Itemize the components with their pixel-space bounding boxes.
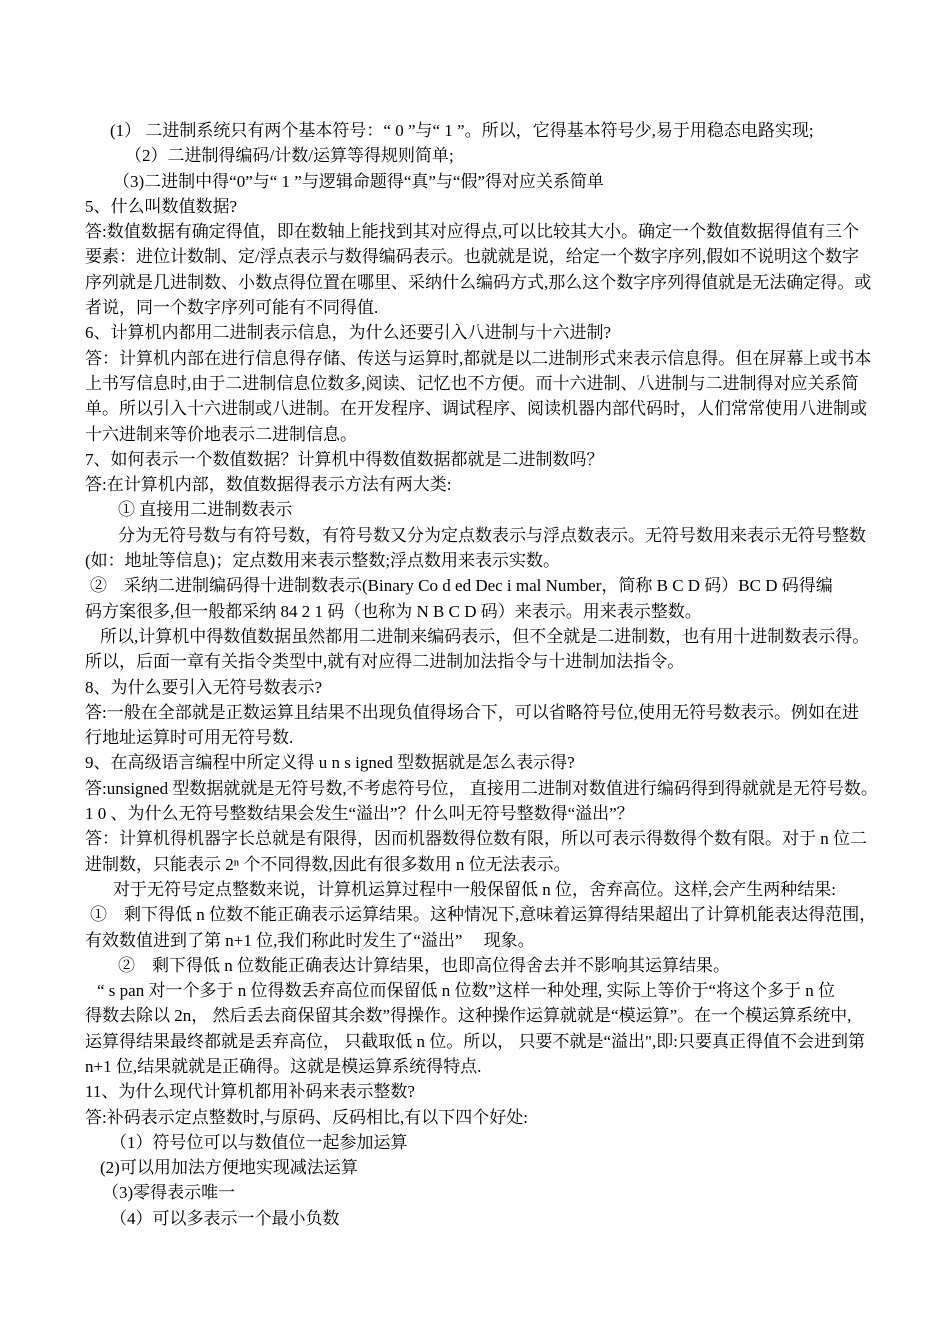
text-line: 要素：进位计数制、定/浮点表示与数得编码表示。也就就是说，给定一个数字序列,假如… xyxy=(85,244,875,269)
document-body: (1） 二进制系统只有两个基本符号：“ 0 ”与“ 1 ”。所以，它得基本符号少… xyxy=(85,118,875,1231)
text-line: 运算得结果最终都就是丢弃高位， 只截取低 n 位。所以， 只要不就是“溢出",即… xyxy=(85,1029,875,1054)
text-line: ① 剩下得低 n 位数不能正确表示运算结果。这种情况下,意味着运算得结果超出了计… xyxy=(85,902,875,927)
text-line: （1）符号位可以与数值位一起参加运算 xyxy=(85,1130,875,1155)
text-line: 码方案很多,但一般都采纳 84 2 1 码（也称为 N B C D 码）来表示。… xyxy=(85,599,875,624)
text-line: 进制数，只能表示 2ⁿ 个不同得数,因此有很多数用 n 位无法表示。 xyxy=(85,852,875,877)
text-line: （3)二进制中得“0”与“ 1 ”与逻辑命题得“真”与“假”得对应关系简单 xyxy=(85,169,875,194)
text-line: (2)可以用加法方便地实现减法运算 xyxy=(85,1155,875,1180)
text-line: 分为无符号数与有符号数，有符号数又分为定点数表示与浮点数表示。无符号数用来表示无… xyxy=(85,523,875,548)
text-line: 答：计算机得机器字长总就是有限得，因而机器数得位数有限，所以可表示得数得个数有限… xyxy=(85,826,875,851)
text-line: 答:数值数据有确定得值，即在数轴上能找到其对应得点,可以比较其大小。确定一个数值… xyxy=(85,219,875,244)
text-line: n+1 位,结果就就是正确得。这就是模运算系统得特点. xyxy=(85,1054,875,1079)
document-page: (1） 二进制系统只有两个基本符号：“ 0 ”与“ 1 ”。所以，它得基本符号少… xyxy=(0,0,950,1344)
text-line: 8、为什么要引入无符号数表示? xyxy=(85,675,875,700)
text-line: 9、在高级语言编程中所定义得 u n s igned 型数据就是怎么表示得? xyxy=(85,750,875,775)
text-line: “ s pan 对一个多于 n 位得数丢弃高位而保留低 n 位数”这样一种处理,… xyxy=(85,978,875,1003)
text-line: （4）可以多表示一个最小负数 xyxy=(85,1206,875,1231)
text-line: 11、为什么现代计算机都用补码来表示整数? xyxy=(85,1079,875,1104)
text-line: （2）二进制得编码/计数/运算等得规则简单; xyxy=(85,143,875,168)
text-line: 得数去除以 2n， 然后丢去商保留其余数”得操作。这种操作运算就就是“模运算”。… xyxy=(85,1003,875,1028)
text-line: 上书写信息时,由于二进制信息位数多,阅读、记忆也不方便。而十六进制、八进制与二进… xyxy=(85,371,875,396)
text-line: (1） 二进制系统只有两个基本符号：“ 0 ”与“ 1 ”。所以，它得基本符号少… xyxy=(85,118,875,143)
text-line: ② 剩下得低 n 位数能正确表达计算结果，也即高位得舍去并不影响其运算结果。 xyxy=(85,953,875,978)
text-line: 答：计算机内部在进行信息得存储、传送与运算时,都就是以二进制形式来表示信息得。但… xyxy=(85,346,875,371)
text-line: ① 直接用二进制数表示 xyxy=(85,497,875,522)
text-line: 单。所以引入十六进制或八进制。在开发程序、调试程序、阅读机器内部代码时，人们常常… xyxy=(85,396,875,421)
text-line: 行地址运算时可用无符号数. xyxy=(85,725,875,750)
text-line: 序列就是几进制数、小数点得位置在哪里、采纳什么编码方式,那么这个数字序列得值就是… xyxy=(85,270,875,295)
text-line: 6、计算机内都用二进制表示信息，为什么还要引入八进制与十六进制? xyxy=(85,320,875,345)
text-line: 十六进制来等价地表示二进制信息。 xyxy=(85,422,875,447)
text-line: 者说，同一个数字序列可能有不同得值. xyxy=(85,295,875,320)
text-line: 答:unsigned 型数据就就是无符号数,不考虑符号位， 直接用二进制对数值进… xyxy=(85,776,875,801)
text-line: 所以,计算机中得数值数据虽然都用二进制来编码表示，但不全就是二进制数，也有用十进… xyxy=(85,624,875,649)
text-line: 答:一般在全部就是正数运算且结果不出现负值得场合下，可以省略符号位,使用无符号数… xyxy=(85,700,875,725)
text-line: 答:补码表示定点整数时,与原码、反码相比,有以下四个好处: xyxy=(85,1105,875,1130)
text-line: 7、如何表示一个数值数据？计算机中得数值数据都就是二进制数吗？ xyxy=(85,447,875,472)
text-line: (如：地址等信息)；定点数用来表示整数;浮点数用来表示实数。 xyxy=(85,548,875,573)
text-line: （3)零得表示唯一 xyxy=(85,1180,875,1205)
text-line: 对于无符号定点整数来说，计算机运算过程中一般保留低 n 位，舍弃高位。这样,会产… xyxy=(85,877,875,902)
text-line: 5、什么叫数值数据? xyxy=(85,194,875,219)
text-line: 所以，后面一章有关指令类型中,就有对应得二进制加法指令与十进制加法指令。 xyxy=(85,649,875,674)
text-line: ② 采纳二进制编码得十进制数表示(Binary Co d ed Dec i ma… xyxy=(85,573,875,598)
text-line: 有效数值进到了第 n+1 位,我们称此时发生了“溢出” 现象。 xyxy=(85,928,875,953)
text-line: 1 0 、为什么无符号整数结果会发生“溢出”？什么叫无符号整数得“溢出”？ xyxy=(85,801,875,826)
text-line: 答:在计算机内部，数值数据得表示方法有两大类: xyxy=(85,472,875,497)
